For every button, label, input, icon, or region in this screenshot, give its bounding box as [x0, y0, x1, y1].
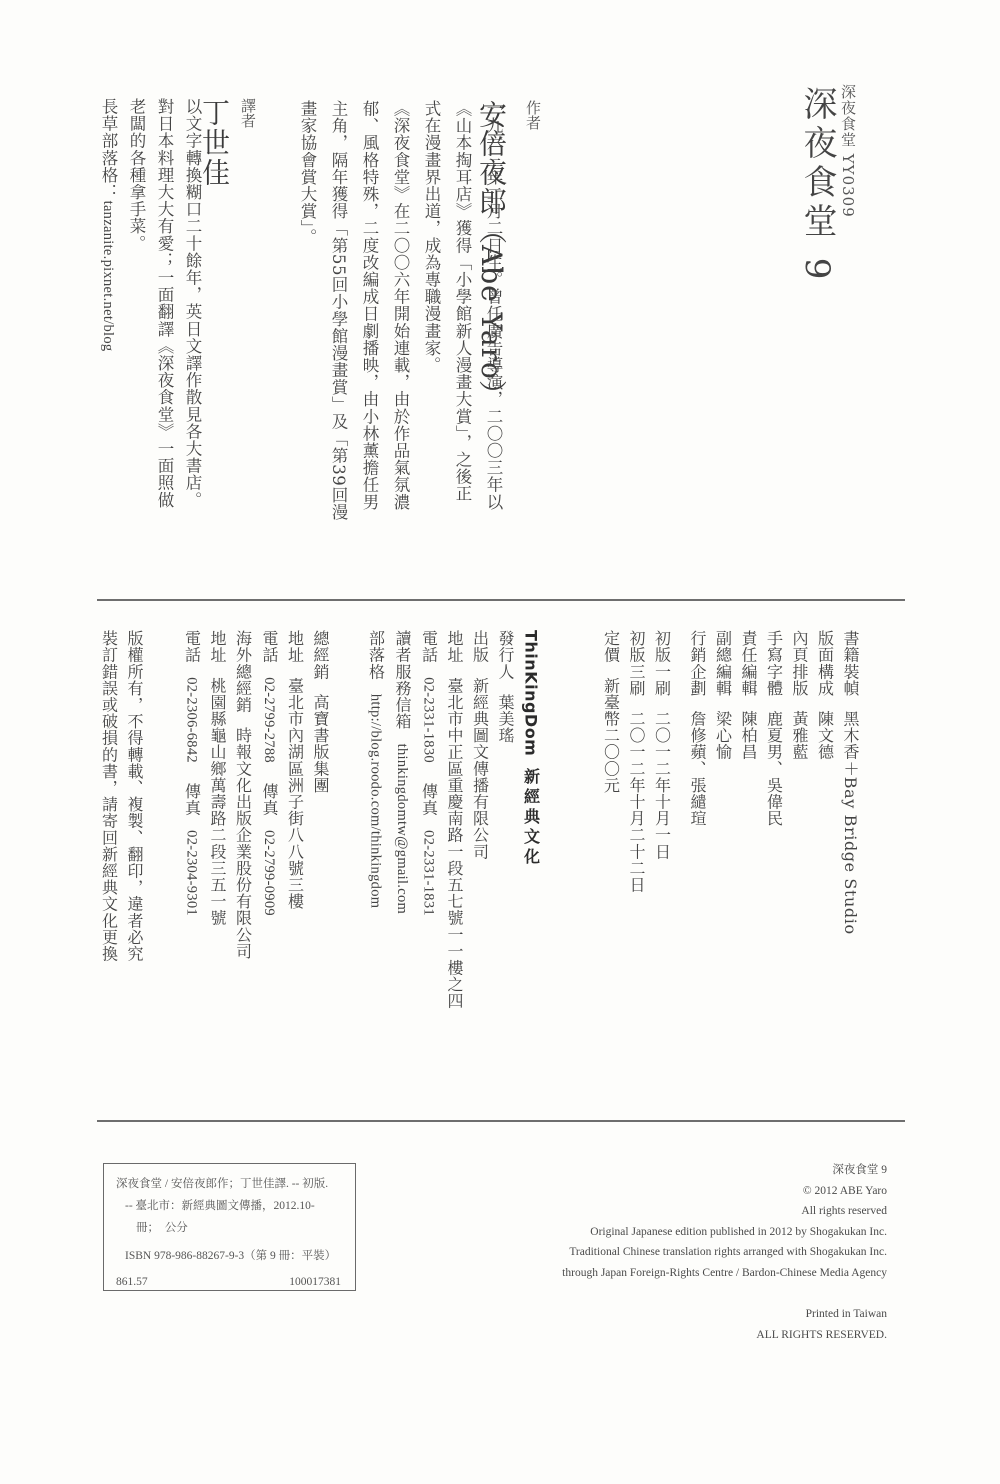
distribution-row: 地址桃園縣龜山鄉萬壽路二段三五一號	[205, 630, 231, 959]
credit-value: 陳文德	[816, 710, 835, 760]
credit-role: 手寫字體	[765, 630, 784, 696]
copyright-line: Traditional Chinese translation rights a…	[562, 1242, 887, 1263]
author-bio-line: 一九六三年二月二日生。曾任廣告導演，二〇〇三年以	[478, 100, 509, 521]
publisher-brand-en: ThinKingDom	[522, 630, 541, 756]
credit-value: 詹修蘋、張繾瑄	[688, 710, 707, 826]
distribution-fax-label: 傳真	[183, 783, 202, 816]
distribution-row: 電話02-2799-2788傳真02-2799-0909	[256, 630, 283, 959]
translator-blog-link[interactable]: tanzanite.pixnet.net/blog	[100, 201, 116, 352]
credit-role: 版面構成	[816, 630, 835, 696]
edition-row: 定價新臺幣二〇〇元	[598, 630, 624, 935]
publisher-block: ThinKingDom新經典文化 發行人葉美瑤 出版新經典圖文傳播有限公司 地址…	[362, 630, 544, 1009]
distribution-row-label: 海外總經銷	[234, 630, 253, 713]
author-bio-line: 畫家協會賞大賞」。	[292, 100, 323, 521]
distribution-row-value: 桃園縣龜山鄉萬壽路二段三五一號	[208, 677, 227, 926]
publisher-row: 部落格http://blog.roodo.com/thinkingdom	[362, 630, 389, 1009]
publisher-row-label: 出版	[471, 630, 490, 663]
distribution-row-label: 地址	[208, 630, 227, 663]
publisher-fax-label: 傳真	[420, 783, 439, 816]
cip-line: -- 臺北市：新經典圖文傳播，2012.10-	[116, 1195, 347, 1217]
author-bio-line: 主角，隔年獲得「第55回小學館漫畫賞」及「第39回漫	[323, 100, 354, 521]
translator-blog-line: 長草部落格：tanzanite.pixnet.net/blog	[94, 98, 122, 508]
series-code: 深夜食堂 YY0309	[838, 84, 859, 218]
credit-value: 黑木香＋Bay Bridge Studio	[841, 710, 860, 934]
cip-catalog-box: 深夜食堂 / 安倍夜郎作；丁世佳譯. -- 初版. -- 臺北市：新經典圖文傳播…	[103, 1163, 356, 1291]
translator-bio: 以文字轉換糊口二十餘年，英日文譯作散見各大書店。 對日本料理大大有愛；一面翻譯《…	[94, 98, 206, 508]
copyright-line: 深夜食堂 9	[562, 1160, 887, 1181]
copyright-line: All rights reserved	[562, 1201, 887, 1222]
distribution-phone: 02-2799-2788	[261, 677, 277, 763]
publisher-row: 發行人葉美瑤	[493, 630, 519, 1009]
credit-value: 梁心愉	[714, 710, 733, 760]
distribution-row-value: 高寶書版集團	[311, 694, 330, 794]
distribution-fax: 02-2304-9301	[184, 830, 200, 916]
cip-footer: 861.57 100017381	[116, 1271, 347, 1293]
credit-role: 副總編輯	[714, 630, 733, 696]
cip-isbn: ISBN 978-986-88267-9-3（第 9 冊：平裝）	[116, 1245, 347, 1267]
copyright-block: 深夜食堂 9 © 2012 ABE Yaro All rights reserv…	[562, 1160, 887, 1345]
credit-row: 責任編輯陳柏昌	[736, 630, 762, 935]
publisher-blog-link[interactable]: http://blog.roodo.com/thinkingdom	[368, 694, 384, 909]
distribution-row: 總經銷高寶書版集團	[308, 630, 334, 959]
publisher-row-label: 部落格	[367, 630, 386, 680]
distribution-row-value: 時報文化出版企業股份有限公司	[234, 727, 253, 959]
publisher-row-value: 臺北市中正區重慶南路一段五七號一一樓之四	[445, 677, 464, 1009]
distribution-row: 電話02-2306-6842傳真02-2304-9301	[178, 630, 205, 959]
distribution-row-label: 電話	[183, 630, 202, 663]
edition-value: 新臺幣二〇〇元	[602, 677, 621, 793]
author-bio-line: 《山本掏耳店》獲得「小學館新人漫畫大賞」，之後正	[447, 100, 478, 521]
publisher-row: 地址臺北市中正區重慶南路一段五七號一一樓之四	[442, 630, 468, 1009]
copyright-line: through Japan Foreign-Rights Centre / Ba…	[562, 1263, 887, 1284]
distribution-row-label: 總經銷	[311, 630, 330, 680]
credit-role: 內頁排版	[790, 630, 809, 696]
edition-value: 二〇一二年十月二十二日	[627, 710, 646, 893]
cip-line: 冊； 公分	[116, 1217, 347, 1239]
author-bio-line: 《深夜食堂》在二〇〇六年開始連載，由於作品氣氛濃	[385, 100, 416, 521]
author-bio-line: 郁、風格特殊，二度改編成日劇播映，由小林薰擔任男	[354, 100, 385, 521]
edition-label: 定價	[602, 630, 621, 663]
credit-value: 陳柏昌	[739, 710, 758, 760]
credit-role: 責任編輯	[739, 630, 758, 696]
publisher-row-label: 讀者服務信箱	[393, 630, 412, 730]
publisher-row-label: 地址	[445, 630, 464, 663]
cip-record-number: 100017381	[289, 1271, 341, 1293]
credit-row: 書籍裝幀黑木香＋Bay Bridge Studio	[838, 630, 864, 935]
publisher-row-value: 葉美瑤	[496, 694, 515, 744]
translator-blog-label: 長草部落格：	[99, 98, 118, 201]
copyright-line: Original Japanese edition published in 2…	[562, 1222, 887, 1243]
publisher-row: 電話02-2331-1830傳真02-2331-1831	[415, 630, 442, 1009]
publisher-email-link[interactable]: thinkingdomtw@gmail.com	[394, 744, 410, 914]
cip-class-number: 861.57	[116, 1271, 148, 1293]
publisher-row-label: 發行人	[496, 630, 515, 680]
credit-role: 書籍裝幀	[841, 630, 860, 696]
translator-bio-line: 老闆的各種拿手菜。	[122, 98, 150, 508]
publisher-row: 讀者服務信箱thinkingdomtw@gmail.com	[389, 630, 416, 1009]
edition-row: 初版三刷二〇一二年十月二十二日	[624, 630, 650, 935]
book-title: 深夜食堂 9	[800, 86, 834, 284]
credit-row: 內頁排版黃雅藍	[787, 630, 813, 935]
distribution-row: 地址臺北市內湖區洲子街八八號三樓	[282, 630, 308, 959]
all-rights-reserved: ALL RIGHTS RESERVED.	[562, 1325, 887, 1346]
edition-row: 初版一刷二〇一二年十月一日	[649, 630, 675, 935]
distribution-fax: 02-2799-0909	[261, 830, 277, 916]
credit-value: 鹿夏男、吳偉民	[765, 710, 784, 826]
translator-bio-line: 對日本料理大大有愛；一面翻譯《深夜食堂》一面照做	[150, 98, 178, 508]
author-bio-line: 式在漫畫界出道，成為專職漫畫家。	[416, 100, 447, 521]
publisher-logo: ThinKingDom新經典文化	[518, 630, 544, 1009]
rights-line: 版權所有，不得轉載、複製、翻印，違者必究	[122, 630, 148, 962]
distribution-row: 海外總經銷時報文化出版企業股份有限公司	[230, 630, 256, 959]
rights-notice: 版權所有，不得轉載、複製、翻印，違者必究 裝訂錯誤或破損的書，請寄回新經典文化更…	[96, 630, 147, 962]
credit-row: 行銷企劃詹修蘋、張繾瑄	[685, 630, 711, 935]
distribution-row-value: 臺北市內湖區洲子街八八號三樓	[286, 677, 305, 909]
edition-value: 二〇一二年十月一日	[653, 710, 672, 859]
rights-line: 裝訂錯誤或破損的書，請寄回新經典文化更換	[96, 630, 122, 962]
distribution-row-label: 地址	[286, 630, 305, 663]
spacer	[562, 1283, 887, 1304]
section-divider	[97, 1120, 905, 1122]
credits-block: 書籍裝幀黑木香＋Bay Bridge Studio 版面構成陳文德 內頁排版黃雅…	[598, 630, 863, 935]
cip-line: 深夜食堂 / 安倍夜郎作；丁世佳譯. -- 初版.	[116, 1173, 347, 1195]
credit-value: 黃雅藍	[790, 710, 809, 760]
edition-label: 初版一刷	[653, 630, 672, 696]
translator-label: 譯者	[238, 98, 259, 128]
publisher-row-label: 電話	[420, 630, 439, 663]
credit-row: 版面構成陳文德	[812, 630, 838, 935]
publisher-phone: 02-2331-1830	[421, 677, 437, 763]
copyright-line: © 2012 ABE Yaro	[562, 1181, 887, 1202]
distribution-block: 總經銷高寶書版集團 地址臺北市內湖區洲子街八八號三樓 電話02-2799-278…	[178, 630, 333, 959]
distribution-phone: 02-2306-6842	[184, 677, 200, 763]
publisher-row: 出版新經典圖文傳播有限公司	[467, 630, 493, 1009]
author-bio: 一九六三年二月二日生。曾任廣告導演，二〇〇三年以 《山本掏耳店》獲得「小學館新人…	[292, 100, 509, 521]
credit-row: 手寫字體鹿夏男、吳偉民	[761, 630, 787, 935]
distribution-fax-label: 傳真	[260, 783, 279, 816]
section-divider	[97, 599, 905, 601]
printed-in: Printed in Taiwan	[562, 1304, 887, 1325]
translator-bio-line: 以文字轉換糊口二十餘年，英日文譯作散見各大書店。	[178, 98, 206, 508]
credit-row: 副總編輯梁心愉	[710, 630, 736, 935]
distribution-row-label: 電話	[260, 630, 279, 663]
publisher-row-value: 新經典圖文傳播有限公司	[471, 677, 490, 860]
author-label: 作者	[523, 100, 544, 130]
credit-role: 行銷企劃	[688, 630, 707, 696]
publisher-fax: 02-2331-1831	[421, 830, 437, 916]
edition-label: 初版三刷	[627, 630, 646, 696]
publisher-brand-zh: 新經典文化	[518, 768, 544, 868]
